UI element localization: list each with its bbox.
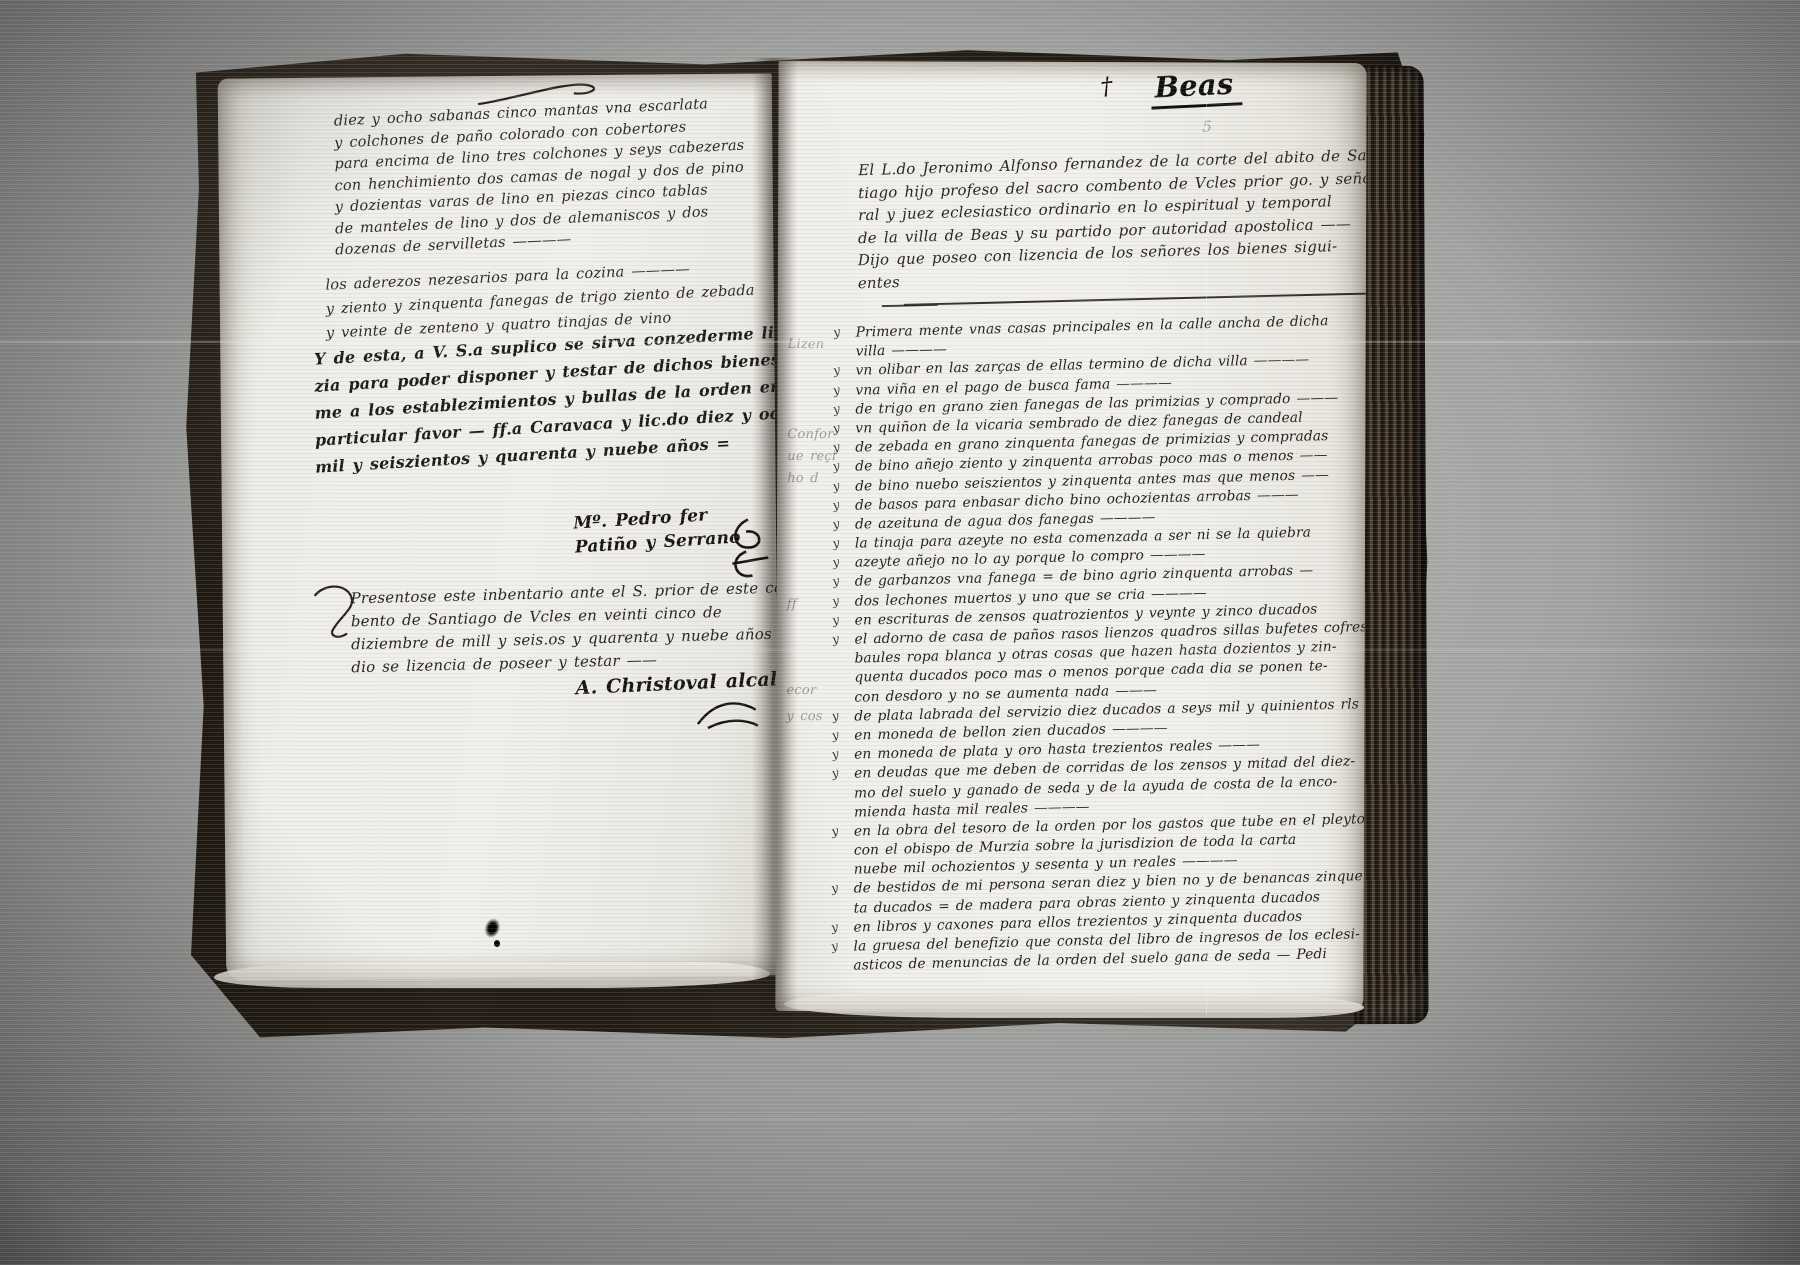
item-margin-mark: [830, 841, 850, 863]
item-margin-mark: [830, 956, 850, 978]
item-margin-mark: y: [832, 418, 852, 440]
bleed-text: ue reçi: [787, 449, 836, 464]
signature-rubric: [694, 693, 764, 734]
item-margin-mark: y: [830, 917, 850, 939]
item-margin-mark: y: [831, 591, 851, 613]
film-scratch: [0, 649, 1800, 651]
film-scratch: [0, 341, 1800, 343]
inventory-continuation-block: diez y ocho sabanas cinco mantas vna esc…: [334, 110, 746, 264]
item-margin-mark: y: [832, 399, 852, 421]
right-page: † Beas 5 El L.do Jeronimo Alfonso fernan…: [775, 61, 1366, 1013]
inventory-items-list: y Primera mente vnas casas principales e…: [831, 325, 1366, 979]
item-margin-mark: y: [831, 514, 851, 536]
item-margin-mark: [831, 668, 851, 690]
item-margin-mark: y: [830, 821, 850, 843]
right-page-bottom-deckle: [784, 992, 1364, 1018]
item-margin-mark: y: [830, 936, 850, 958]
bleed-text: ho d: [787, 471, 819, 486]
folio-number: 5: [1202, 117, 1212, 135]
bleed-text: Confor: [787, 427, 833, 442]
item-margin-mark: y: [831, 476, 851, 498]
left-page: diez y ocho sabanas cinco mantas vna esc…: [218, 73, 781, 980]
item-margin-mark: y: [832, 380, 852, 402]
item-margin-mark: y: [830, 764, 850, 786]
item-margin-mark: [832, 342, 852, 364]
item-margin-mark: y: [830, 745, 850, 767]
bleed-text: Lizen: [788, 337, 825, 352]
bleed-text: y cos: [786, 709, 822, 724]
presentation-note-block: Presentose este inbentario ante el S. pr…: [351, 585, 781, 681]
item-margin-mark: [830, 802, 850, 824]
bleed-text: ecor: [786, 683, 816, 698]
item-margin-mark: y: [831, 534, 851, 556]
item-margin-mark: [830, 898, 850, 920]
signature-rubric: [722, 517, 775, 583]
item-margin-mark: y: [832, 361, 852, 383]
bleed-text: ff: [787, 597, 797, 612]
ink-blot-drop: [494, 940, 500, 947]
signature-pedro-patino: Mº. Pedro fer Patiño y Serrano: [573, 501, 742, 559]
header-cross-icon: †: [1099, 72, 1114, 101]
page-title: Beas: [1150, 66, 1243, 109]
item-margin-mark: [831, 687, 851, 709]
item-margin-mark: y: [831, 572, 851, 594]
ink-blot: [482, 916, 502, 940]
item-margin-mark: y: [830, 879, 850, 901]
item-margin-mark: [831, 649, 851, 671]
item-margin-mark: y: [831, 706, 851, 728]
left-page-bottom-deckle: [214, 962, 770, 988]
item-margin-mark: [830, 783, 850, 805]
film-scratch-vertical: [1206, 85, 1207, 1015]
film-scratch: [0, 1118, 1800, 1120]
manuscript-photo: diez y ocho sabanas cinco mantas vna esc…: [0, 0, 1800, 1265]
item-margin-mark: y: [831, 725, 851, 747]
item-margin-mark: y: [831, 495, 851, 517]
item-margin-mark: y: [831, 610, 851, 632]
petition-block: Y de esta, a V. S.a suplico se sirva con…: [314, 344, 780, 484]
intro-paragraph: El L.do Jeronimo Alfonso fernandez de la…: [858, 161, 1367, 298]
